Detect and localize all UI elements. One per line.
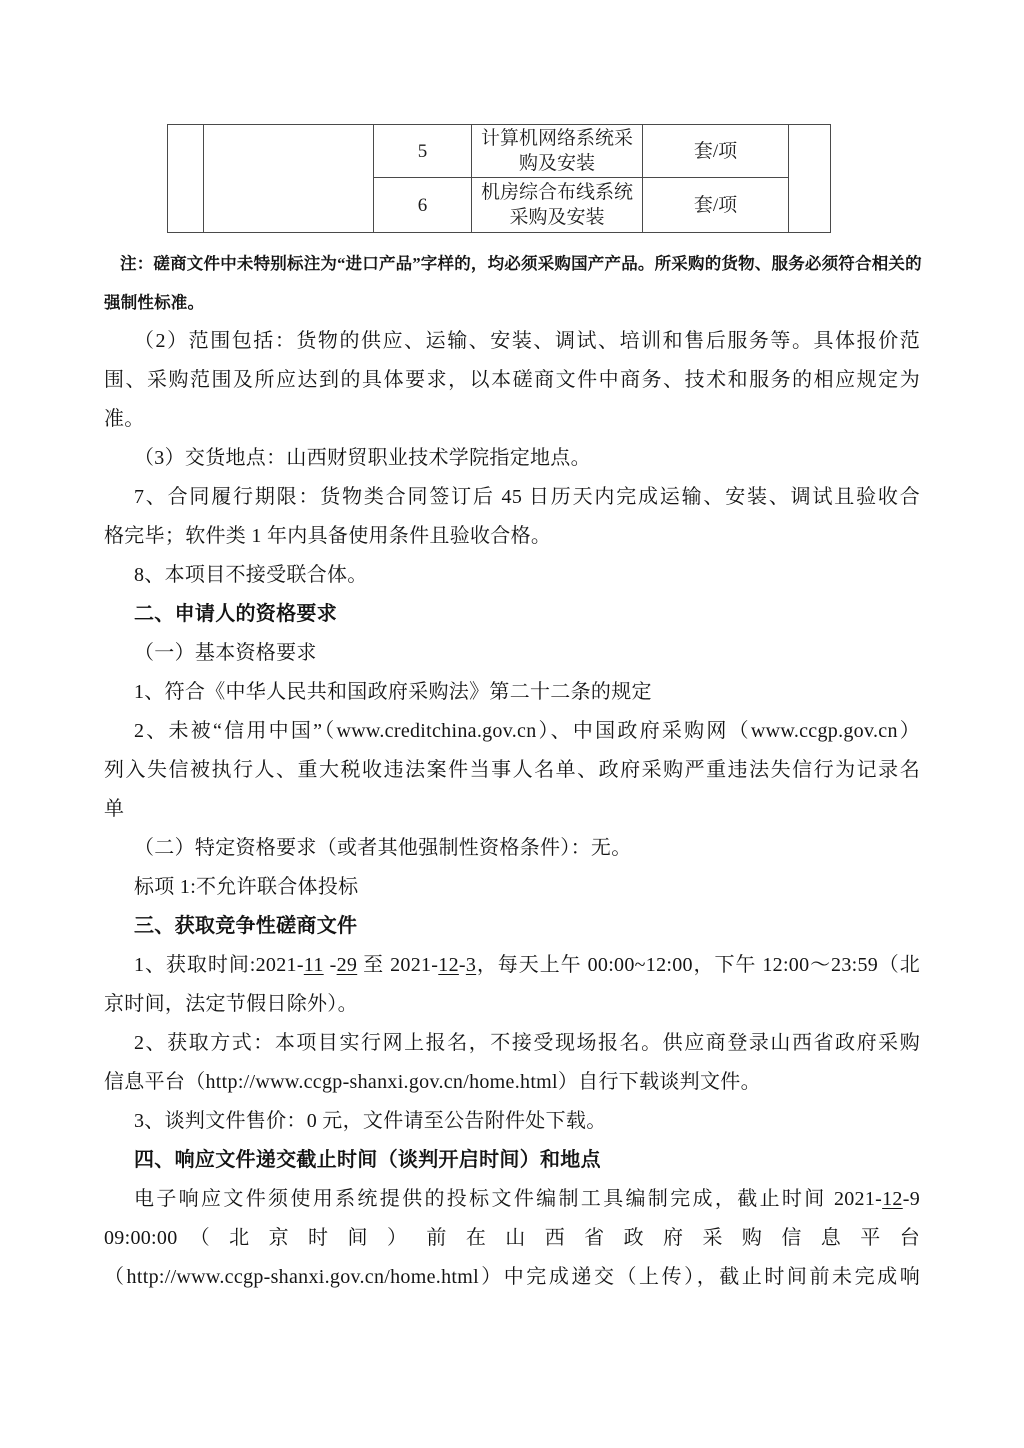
text-segment: （3）交货地点：山西财贸职业技术学院指定地点。 (134, 447, 591, 469)
text-segment: 1、符合《中华人民共和国政府采购法》第二十二条的规定 (134, 681, 652, 703)
underlined-text: 11 (304, 954, 324, 976)
text-segment: - (459, 954, 466, 976)
submission-line-3: （http://www.ccgp-shanxi.gov.cn/home.html… (104, 1258, 920, 1297)
text-segment: 京时间，法定节假日除外）。 (104, 993, 358, 1015)
text-segment: -9 (903, 1188, 920, 1210)
text-segment: 7、合同履行期限：货物类合同签订后 45 日历天内完成运输、安装、调试且验收合 (134, 486, 920, 508)
underlined-text: 3 (466, 954, 476, 976)
lot-1-line: 标项 1:不允许联合体投标 (104, 868, 920, 907)
text-segment: 2、未被“信用中国”（www.creditchina.gov.cn）、中国政府采… (134, 720, 920, 742)
text-segment: 电子响应文件须使用系统提供的投标文件编制工具编制完成，截止时间 2021- (134, 1188, 882, 1210)
scope-line-3: 准。 (104, 400, 920, 439)
contract-term-line-1: 7、合同履行期限：货物类合同签订后 45 日历天内完成运输、安装、调试且验收合 (104, 478, 920, 517)
qualification-item-2-line-3: 单 (104, 790, 920, 829)
underlined-text: 29 (337, 954, 358, 976)
submission-line-2: 09:00:00 （ 北 京 时 间 ） 前 在 山 西 省 政 府 采 购 信… (104, 1219, 920, 1258)
underlined-text: 12 (882, 1188, 903, 1210)
table-cell-empty-left-2 (204, 125, 374, 233)
table-cell-item-5: 计算机网络系统采购及安装 (472, 125, 643, 178)
text-segment: 围、采购范围及所应达到的具体要求，以本磋商文件中商务、技术和服务的相应规定为 (104, 369, 920, 391)
text-segment: 二、申请人的资格要求 (134, 603, 337, 625)
text-segment: （二）特定资格要求（或者其他强制性资格条件）：无。 (134, 837, 632, 859)
section-heading-2: 二、申请人的资格要求 (104, 595, 920, 634)
basic-qualification-heading: （一）基本资格要求 (104, 634, 920, 673)
text-segment: 至 2021- (357, 954, 438, 976)
note-line-2: 强制性标准。 (104, 283, 920, 322)
document-body: 注：磋商文件中未特别标注为“进口产品”字样的，均必须采购国产产品。所采购的货物、… (104, 244, 920, 1297)
table-cell-seq-5: 5 (374, 125, 472, 178)
text-segment: 2、获取方式：本项目实行网上报名，不接受现场报名。供应商登录山西省政府采购 (134, 1032, 920, 1054)
text-segment: 标项 1:不允许联合体投标 (134, 876, 358, 898)
text-segment: 8、本项目不接受联合体。 (134, 564, 368, 586)
document-page: 5 计算机网络系统采购及安装 套/项 6 机房综合布线系统采购及安装 套/项 注… (0, 0, 1024, 1448)
text-segment: 四、响应文件递交截止时间（谈判开启时间）和地点 (134, 1149, 601, 1171)
obtain-time-line-1: 1、获取时间:2021-11 -29 至 2021-12-3，每天上午 00:0… (104, 946, 920, 985)
table-cell-empty-right (789, 125, 831, 233)
text-segment: - (324, 954, 337, 976)
obtain-method-line-2: 信息平台（http://www.ccgp-shanxi.gov.cn/home.… (104, 1063, 920, 1102)
text-segment: 3、谈判文件售价：0 元，文件请至公告附件处下载。 (134, 1110, 607, 1132)
table-cell-seq-6: 6 (374, 178, 472, 233)
delivery-place-line: （3）交货地点：山西财贸职业技术学院指定地点。 (104, 439, 920, 478)
scope-line-1: （2）范围包括：货物的供应、运输、安装、调试、培训和售后服务等。具体报价范 (104, 322, 920, 361)
scope-line-2: 围、采购范围及所应达到的具体要求，以本磋商文件中商务、技术和服务的相应规定为 (104, 361, 920, 400)
table-cell-item-6: 机房综合布线系统采购及安装 (472, 178, 643, 233)
text-segment: 准。 (104, 408, 145, 430)
text-segment: 信息平台（http://www.ccgp-shanxi.gov.cn/home.… (104, 1071, 761, 1093)
text-segment: 1、获取时间:2021- (134, 954, 304, 976)
text-segment: 三、获取竞争性磋商文件 (134, 915, 357, 937)
submission-line-1: 电子响应文件须使用系统提供的投标文件编制工具编制完成，截止时间 2021-12-… (104, 1180, 920, 1219)
text-segment: 注：磋商文件中未特别标注为“进口产品”字样的，均必须采购国产产品。所采购的货物、… (120, 254, 922, 273)
note-line-1: 注：磋商文件中未特别标注为“进口产品”字样的，均必须采购国产产品。所采购的货物、… (104, 244, 920, 283)
document-price-line: 3、谈判文件售价：0 元，文件请至公告附件处下载。 (104, 1102, 920, 1141)
table-row: 5 计算机网络系统采购及安装 套/项 (168, 125, 831, 178)
table-cell-unit-5: 套/项 (643, 125, 789, 178)
section-heading-4: 四、响应文件递交截止时间（谈判开启时间）和地点 (104, 1141, 920, 1180)
text-segment: 强制性标准。 (104, 293, 204, 312)
obtain-method-line-1: 2、获取方式：本项目实行网上报名，不接受现场报名。供应商登录山西省政府采购 (104, 1024, 920, 1063)
contract-term-line-2: 格完毕；软件类 1 年内具备使用条件且验收合格。 (104, 517, 920, 556)
text-segment: （http://www.ccgp-shanxi.gov.cn/home.html… (104, 1266, 920, 1288)
text-segment: 列入失信被执行人、重大税收违法案件当事人名单、政府采购严重违法失信行为记录名 (104, 759, 920, 781)
section-heading-3: 三、获取竞争性磋商文件 (104, 907, 920, 946)
text-segment: 09:00:00 （ 北 京 时 间 ） 前 在 山 西 省 政 府 采 购 信… (104, 1227, 920, 1249)
qualification-item-2-line-1: 2、未被“信用中国”（www.creditchina.gov.cn）、中国政府采… (104, 712, 920, 751)
text-segment: 格完毕；软件类 1 年内具备使用条件且验收合格。 (104, 525, 551, 547)
text-segment: （2）范围包括：货物的供应、运输、安装、调试、培训和售后服务等。具体报价范 (134, 330, 920, 352)
specific-qualification-line: （二）特定资格要求（或者其他强制性资格条件）：无。 (104, 829, 920, 868)
table-cell-empty-left-1 (168, 125, 204, 233)
underlined-text: 12 (438, 954, 459, 976)
text-segment: ，每天上午 00:00~12:00，下午 12:00～23:59（北 (476, 954, 920, 976)
obtain-time-line-2: 京时间，法定节假日除外）。 (104, 985, 920, 1024)
no-consortium-line: 8、本项目不接受联合体。 (104, 556, 920, 595)
table-cell-unit-6: 套/项 (643, 178, 789, 233)
qualification-item-1: 1、符合《中华人民共和国政府采购法》第二十二条的规定 (104, 673, 920, 712)
items-table-wrap: 5 计算机网络系统采购及安装 套/项 6 机房综合布线系统采购及安装 套/项 (167, 124, 831, 233)
text-segment: 单 (104, 798, 124, 820)
text-segment: （一）基本资格要求 (134, 642, 317, 664)
qualification-item-2-line-2: 列入失信被执行人、重大税收违法案件当事人名单、政府采购严重违法失信行为记录名 (104, 751, 920, 790)
items-table: 5 计算机网络系统采购及安装 套/项 6 机房综合布线系统采购及安装 套/项 (167, 124, 831, 233)
